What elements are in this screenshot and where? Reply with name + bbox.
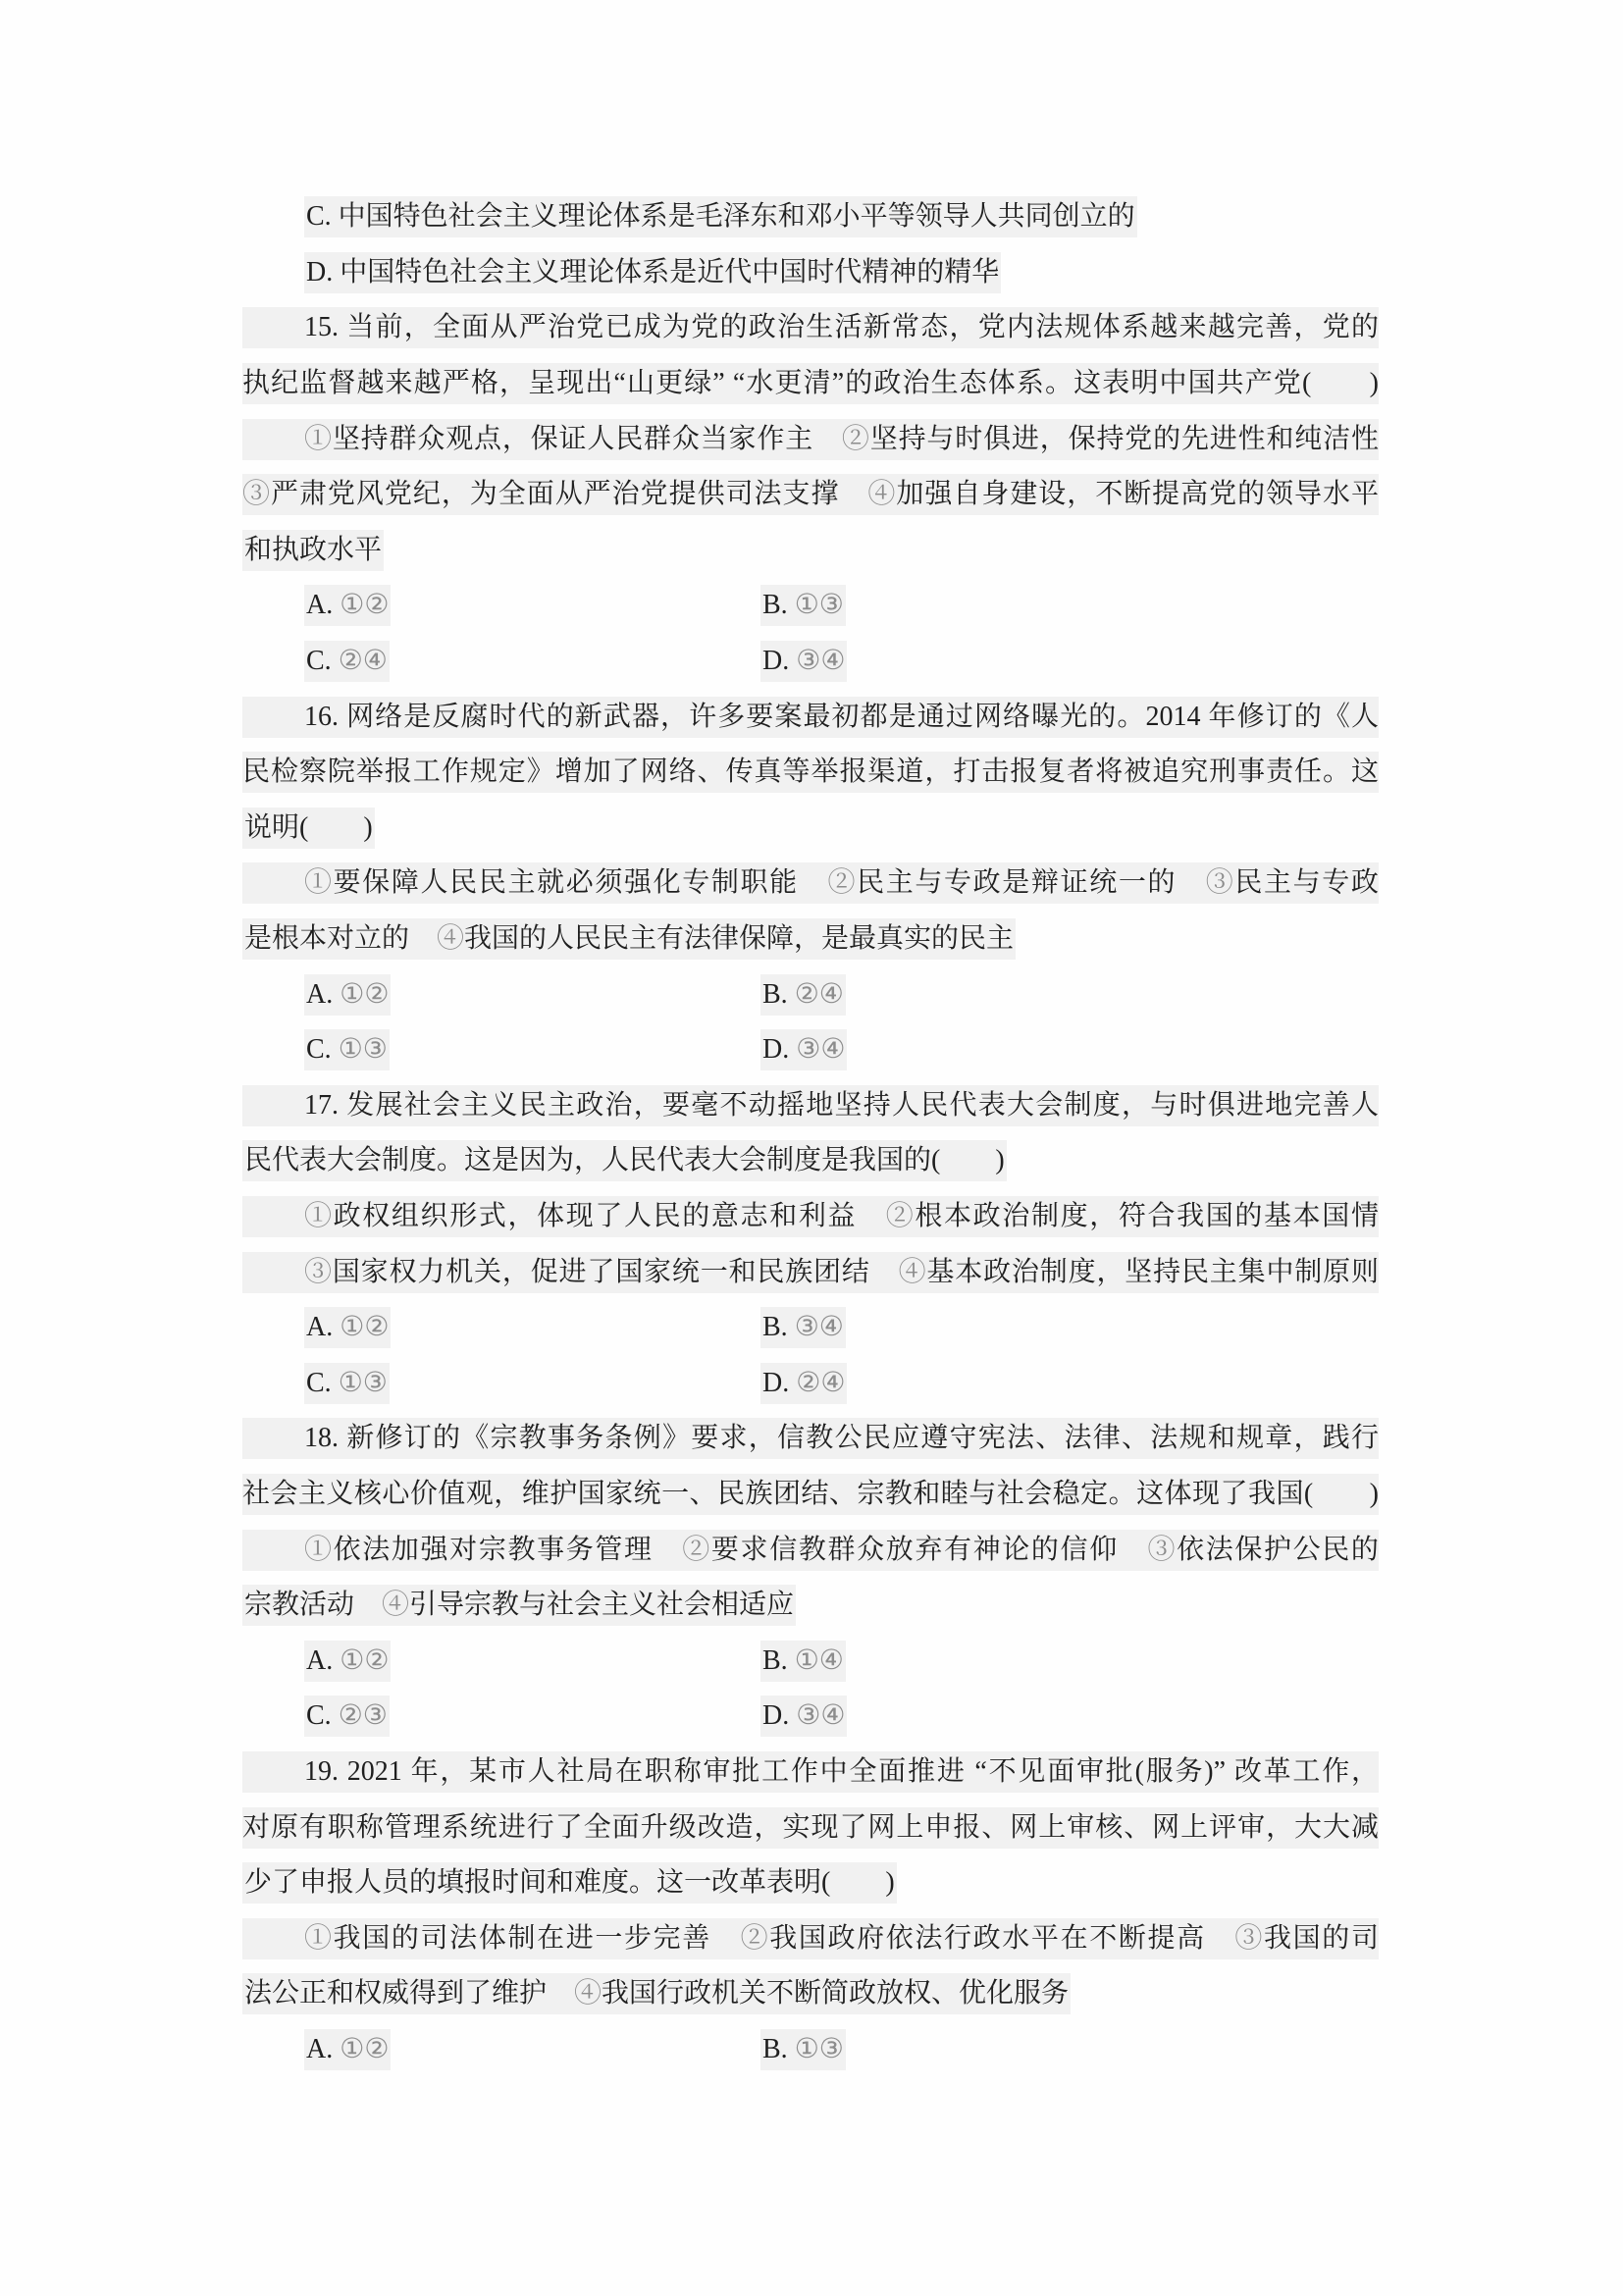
q19-items-line-1: ①我国的司法体制在进一步完善 ②我国政府依法行政水平在不断提高 ③我国的司 — [242, 1910, 1379, 1966]
option-d: D. ③④ — [760, 1696, 847, 1737]
q19-options-row-1: A. ①②B. ①③ — [242, 2022, 1379, 2078]
option-a: A. ①② — [304, 2029, 391, 2070]
line-text: ①依法加强对宗教事务管理 ②要求信教群众放弃有神论的信仰 ③依法保护公民的 — [242, 1530, 1379, 1571]
line-text: 说明( ) — [242, 808, 375, 849]
line-text: 18. 新修订的《宗教事务条例》要求，信教公民应遵守宪法、法律、法规和规章，践行 — [242, 1418, 1379, 1459]
line-text: ①政权组织形式，体现了人民的意志和利益 ②根本政治制度，符合我国的基本国情 — [242, 1196, 1379, 1237]
line-text: ①坚持群众观点，保证人民群众当家作主 ②坚持与时俱进，保持党的先进性和纯洁性 — [242, 419, 1379, 460]
line-text: 执纪监督越来越严格，呈现出“山更绿” “水更清”的政治生态体系。这表明中国共产党… — [242, 363, 1379, 404]
q18-options-row-1: A. ①②B. ①④ — [242, 1633, 1379, 1689]
q15-items-line-3: 和执政水平 — [242, 523, 1379, 579]
line-text: 民代表大会制度。这是因为，人民代表大会制度是我国的( ) — [242, 1140, 1007, 1181]
line-text: 17. 发展社会主义民主政治，要毫不动摇地坚持人民代表大会制度，与时俱进地完善人 — [242, 1085, 1379, 1126]
option-a: A. ①② — [304, 1307, 391, 1348]
q15-items-line-1: ①坚持群众观点，保证人民群众当家作主 ②坚持与时俱进，保持党的先进性和纯洁性 — [242, 411, 1379, 467]
line-text: 15. 当前，全面从严治党已成为党的政治生活新常态，党内法规体系越来越完善，党的 — [242, 307, 1379, 348]
option-c: C. ②③ — [304, 1696, 390, 1737]
option-d: D. ③④ — [760, 641, 847, 682]
q18-stem-line-1: 18. 新修订的《宗教事务条例》要求，信教公民应遵守宪法、法律、法规和规章，践行 — [242, 1411, 1379, 1467]
q15-options-row-2: C. ②④D. ③④ — [242, 634, 1379, 690]
line-text: C. 中国特色社会主义理论体系是毛泽东和邓小平等领导人共同创立的 — [304, 196, 1137, 237]
q17-stem-line-2: 民代表大会制度。这是因为，人民代表大会制度是我国的( ) — [242, 1133, 1379, 1189]
option-b: B. ①③ — [760, 585, 846, 626]
option-a: A. ①② — [304, 974, 391, 1016]
option-b: B. ②④ — [760, 974, 846, 1016]
q17-items-line-1: ①政权组织形式，体现了人民的意志和利益 ②根本政治制度，符合我国的基本国情 — [242, 1189, 1379, 1245]
q19-stem-line-3: 少了申报人员的填报时间和难度。这一改革表明( ) — [242, 1855, 1379, 1911]
line-text: 社会主义核心价值观，维护国家统一、民族团结、宗教和睦与社会稳定。这体现了我国( … — [242, 1474, 1379, 1515]
line-text: ③严肃党风党纪，为全面从严治党提供司法支撑 ④加强自身建设，不断提高党的领导水平 — [242, 474, 1379, 515]
q18-stem-line-2: 社会主义核心价值观，维护国家统一、民族团结、宗教和睦与社会稳定。这体现了我国( … — [242, 1467, 1379, 1523]
q16-options-row-2: C. ①③D. ③④ — [242, 1022, 1379, 1078]
line-text: 对原有职称管理系统进行了全面升级改造，实现了网上申报、网上审核、网上评审，大大减 — [242, 1807, 1379, 1849]
line-text: 法公正和权威得到了维护 ④我国行政机关不断简政放权、优化服务 — [242, 1973, 1071, 2014]
q16-stem-line-1: 16. 网络是反腐时代的新武器，许多要案最初都是通过网络曝光的。2014 年修订… — [242, 689, 1379, 745]
line-text: 民检察院举报工作规定》增加了网络、传真等举报渠道，打击报复者将被追究刑事责任。这 — [242, 752, 1379, 793]
q15-stem-line-2: 执纪监督越来越严格，呈现出“山更绿” “水更清”的政治生态体系。这表明中国共产党… — [242, 356, 1379, 412]
q16-stem-line-2: 民检察院举报工作规定》增加了网络、传真等举报渠道，打击报复者将被追究刑事责任。这 — [242, 745, 1379, 801]
q15-stem-line-1: 15. 当前，全面从严治党已成为党的政治生活新常态，党内法规体系越来越完善，党的 — [242, 300, 1379, 356]
q15-items-line-2: ③严肃党风党纪，为全面从严治党提供司法支撑 ④加强自身建设，不断提高党的领导水平 — [242, 467, 1379, 523]
line-text: 16. 网络是反腐时代的新武器，许多要案最初都是通过网络曝光的。2014 年修订… — [242, 697, 1379, 738]
q19-items-line-2: 法公正和权威得到了维护 ④我国行政机关不断简政放权、优化服务 — [242, 1966, 1379, 2022]
q15-options-row-1: A. ①②B. ①③ — [242, 578, 1379, 634]
line-text: D. 中国特色社会主义理论体系是近代中国时代精神的精华 — [304, 252, 1001, 293]
q19-stem-line-1: 19. 2021 年，某市人社局在职称审批工作中全面推进 “不见面审批(服务)”… — [242, 1745, 1379, 1800]
exam-page: C. 中国特色社会主义理论体系是毛泽东和邓小平等领导人共同创立的 D. 中国特色… — [0, 0, 1623, 2296]
q17-options-row-1: A. ①②B. ③④ — [242, 1300, 1379, 1356]
q17-items-line-2: ③国家权力机关，促进了国家统一和民族团结 ④基本政治制度，坚持民主集中制原则 — [242, 1244, 1379, 1300]
q17-stem-line-1: 17. 发展社会主义民主政治，要毫不动摇地坚持人民代表大会制度，与时俱进地完善人 — [242, 1078, 1379, 1134]
q18-options-row-2: C. ②③D. ③④ — [242, 1689, 1379, 1745]
line-text: 是根本对立的 ④我国的人民民主有法律保障，是最真实的民主 — [242, 918, 1016, 960]
option-a: A. ①② — [304, 585, 391, 626]
q18-items-line-2: 宗教活动 ④引导宗教与社会主义社会相适应 — [242, 1578, 1379, 1634]
option-d: D. ③④ — [760, 1029, 847, 1070]
q14-option-c: C. 中国特色社会主义理论体系是毛泽东和邓小平等领导人共同创立的 — [242, 189, 1379, 245]
line-text: 和执政水平 — [242, 530, 384, 571]
line-text: 19. 2021 年，某市人社局在职称审批工作中全面推进 “不见面审批(服务)”… — [242, 1751, 1379, 1793]
option-b: B. ③④ — [760, 1307, 846, 1348]
q19-stem-line-2: 对原有职称管理系统进行了全面升级改造，实现了网上申报、网上审核、网上评审，大大减 — [242, 1800, 1379, 1855]
option-a: A. ①② — [304, 1641, 391, 1682]
q14-option-d: D. 中国特色社会主义理论体系是近代中国时代精神的精华 — [242, 245, 1379, 301]
q16-items-line-1: ①要保障人民民主就必须强化专制职能 ②民主与专政是辩证统一的 ③民主与专政 — [242, 856, 1379, 912]
option-d: D. ②④ — [760, 1363, 847, 1404]
q18-items-line-1: ①依法加强对宗教事务管理 ②要求信教群众放弃有神论的信仰 ③依法保护公民的 — [242, 1522, 1379, 1578]
option-c: C. ①③ — [304, 1363, 390, 1404]
q16-items-line-2: 是根本对立的 ④我国的人民民主有法律保障，是最真实的民主 — [242, 912, 1379, 967]
line-text: 宗教活动 ④引导宗教与社会主义社会相适应 — [242, 1585, 796, 1626]
option-b: B. ①③ — [760, 2029, 846, 2070]
option-b: B. ①④ — [760, 1641, 846, 1682]
option-c: C. ①③ — [304, 1029, 390, 1070]
q17-options-row-2: C. ①③D. ②④ — [242, 1355, 1379, 1411]
line-text: ①我国的司法体制在进一步完善 ②我国政府依法行政水平在不断提高 ③我国的司 — [242, 1918, 1379, 1959]
q16-stem-line-3: 说明( ) — [242, 801, 1379, 857]
option-c: C. ②④ — [304, 641, 390, 682]
question-text-block: C. 中国特色社会主义理论体系是毛泽东和邓小平等领导人共同创立的 D. 中国特色… — [242, 189, 1379, 2077]
line-text: ③国家权力机关，促进了国家统一和民族团结 ④基本政治制度，坚持民主集中制原则 — [242, 1252, 1379, 1293]
q16-options-row-1: A. ①②B. ②④ — [242, 966, 1379, 1022]
line-text: 少了申报人员的填报时间和难度。这一改革表明( ) — [242, 1862, 897, 1904]
line-text: ①要保障人民民主就必须强化专制职能 ②民主与专政是辩证统一的 ③民主与专政 — [242, 862, 1379, 904]
